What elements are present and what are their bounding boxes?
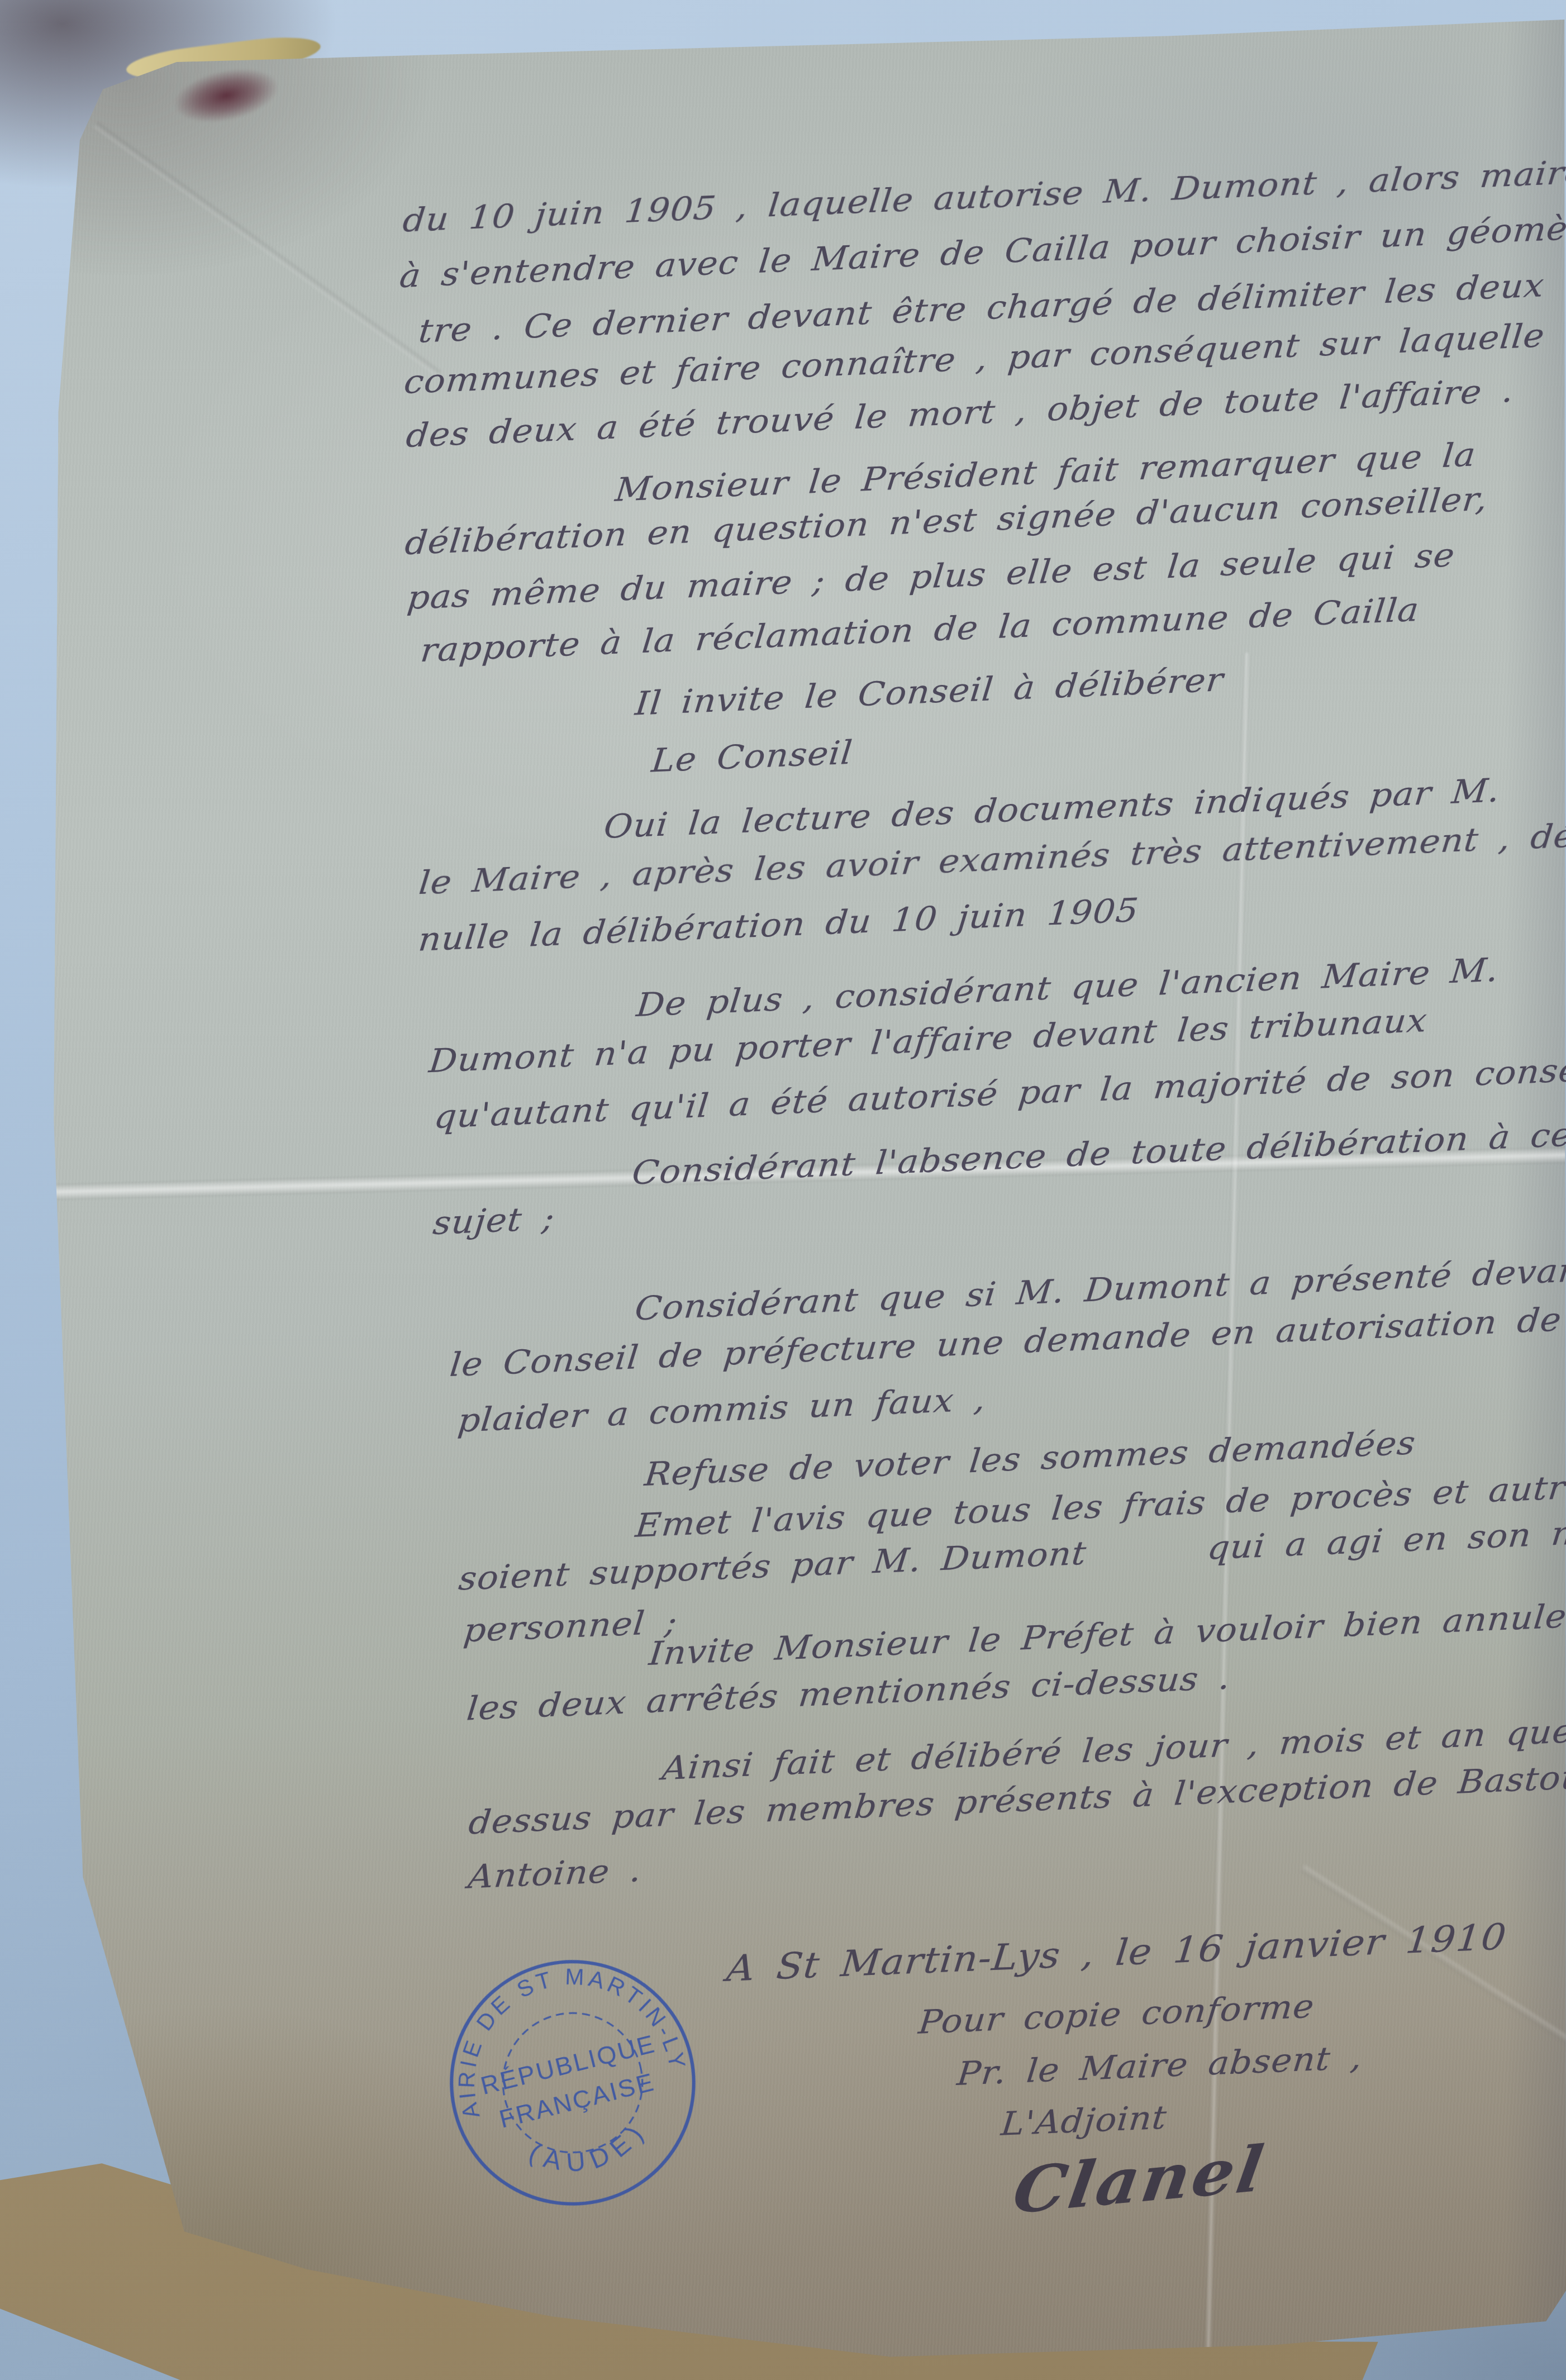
for-mayor-line: Pr. le Maire absent ,	[955, 2039, 1364, 2093]
manuscript-line: Le Conseil	[650, 734, 854, 779]
manuscript-line: Invite Monsieur le Préfet à vouloir bien…	[648, 1597, 1566, 1673]
manuscript-line: Antoine .	[467, 1851, 644, 1896]
copy-conforme-line: Pour copie conforme	[917, 1987, 1316, 2041]
manuscript-line: le Conseil de préfecture une demande en …	[448, 1301, 1563, 1384]
signature: Clanel	[1008, 2133, 1270, 2228]
manuscript-line: sujet ;	[431, 1199, 556, 1242]
adjoint-line: L'Adjoint	[999, 2098, 1169, 2143]
manuscript-line: Il invite le Conseil à délibérer	[634, 661, 1225, 722]
manuscript: du 10 juin 1905 , laquelle autorise M. D…	[0, 0, 1566, 2378]
manuscript-line: Considérant l'absence de toute délibérat…	[630, 1116, 1566, 1192]
manuscript-line: les deux arrêtés mentionnés ci-dessus .	[465, 1659, 1232, 1727]
dateline: A St Martin-Lys , le 16 janvier 1910	[725, 1917, 1508, 1990]
photo-of-document: { "palette":{ "table_blue":"#a9c0d8", "p…	[0, 0, 1566, 2380]
manuscript-line: personnel ;	[462, 1603, 679, 1650]
manuscript-line: plaider a commis un faux ,	[456, 1381, 988, 1440]
manuscript-line: nulle la délibération du 10 juin 1905	[417, 892, 1141, 959]
